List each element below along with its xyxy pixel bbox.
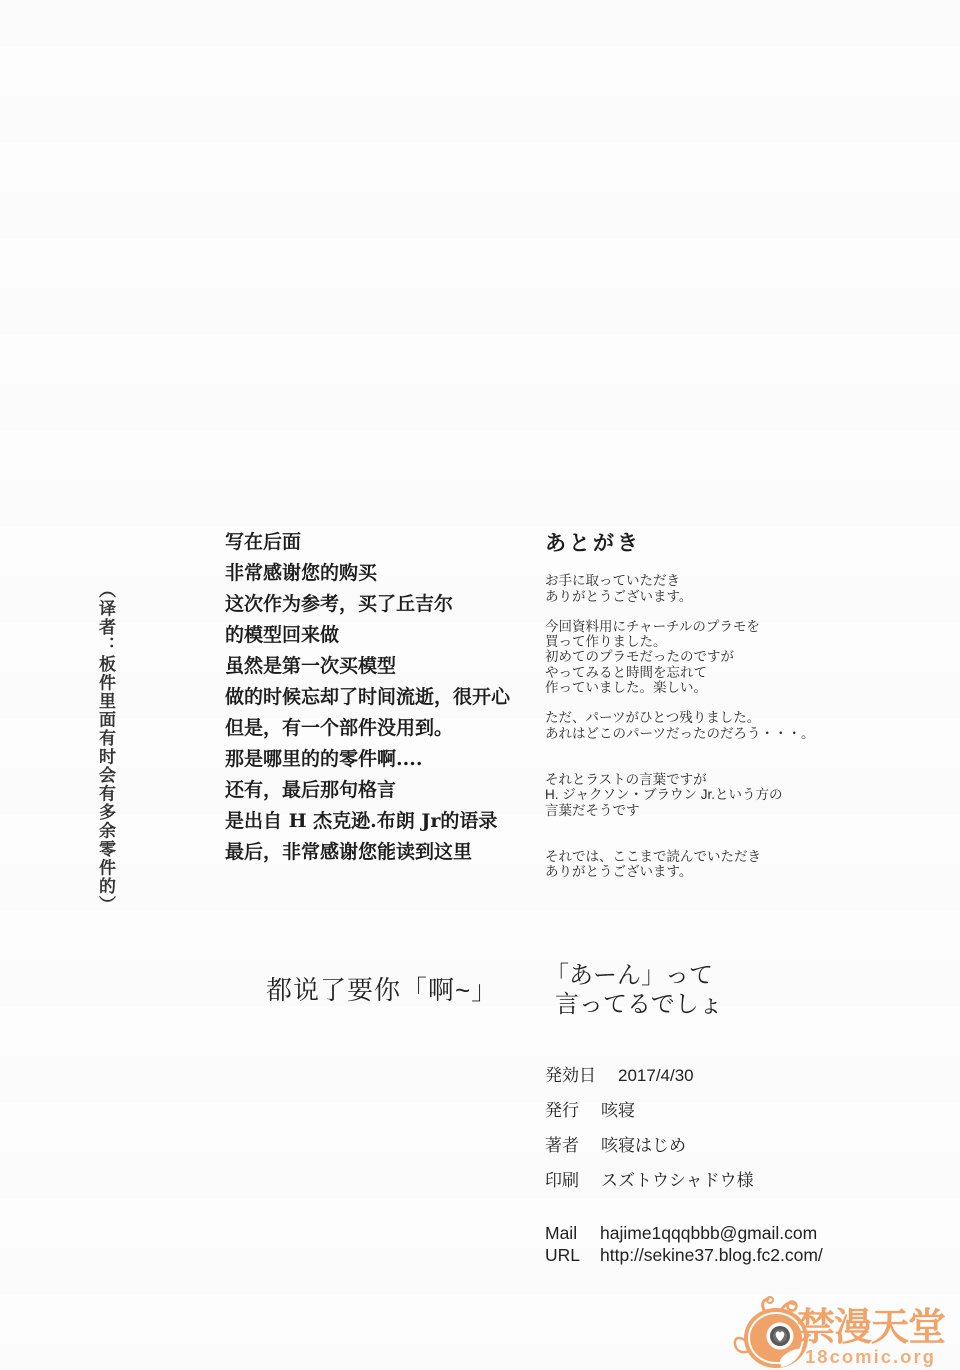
contact-label: URL [545,1244,600,1266]
watermark-site-name: 禁漫天堂 [797,1309,945,1347]
afterword-line: 的模型回来做 [225,620,510,651]
afterword-text-line: それでは、ここまで読んでいただき [545,849,875,864]
contact-url: http://sekine37.blog.fc2.com/ [600,1244,823,1266]
japanese-tagline-line-1: 「あーん」って [545,961,723,990]
japanese-tagline: 「あーん」って 言ってるでしょ [545,961,723,1019]
translator-note-vertical: （译者：板件里面有时会有多余零件的） [93,581,118,914]
afterword-text-line: ありがとうございます。 [545,589,875,604]
watermark-site-url: 18comic.org [805,1348,936,1367]
colophon-row: 著者 咳寝はじめ [545,1128,754,1163]
colophon-label: 発効日 [545,1058,596,1093]
japanese-afterword-column: あとがき お手に取っていただき ありがとうございます。 今回資料用にチャーチルの… [545,536,875,894]
colophon-label: 印刷 [545,1163,579,1198]
afterword-paragraph: それでは、ここまで読んでいただき ありがとうございます。 [545,849,875,880]
afterword-line: 这次作为参考，买了丘吉尔 [225,589,510,620]
afterword-text-line: 初めてのプラモだったのですが [545,649,875,664]
afterword-line: 但是，有一个部件没用到。 [225,713,510,744]
afterword-line: 最后，非常感谢您能读到这里 [225,837,510,868]
afterword-text-line: それとラストの言葉ですが [545,772,875,787]
colophon-value: 咳寝 [601,1093,635,1128]
colophon-value: 咳寝はじめ [601,1128,686,1163]
afterword-text-line: お手に取っていただき [545,573,875,588]
afterword-line: 做的时候忘却了时间流逝，很开心 [225,682,510,713]
afterword-text-line: やってみると時間を忘れて [545,665,875,680]
afterword-line: 那是哪里的的零件啊.... [225,744,510,775]
afterword-text-line: 言葉だそうです [545,803,875,818]
colophon-row: 印刷 スズトウシャドウ様 [545,1163,754,1198]
watermark-logo: 禁漫天堂 18comic.org [731,1296,957,1370]
afterword-paragraph: 今回資料用にチャーチルのプラモを 買って作りました。 初めてのプラモだったのです… [545,619,875,695]
afterword-paragraph: お手に取っていただき ありがとうございます。 [545,573,875,604]
afterword-line: 是出自 H 杰克逊.布朗 Jr的语录 [225,806,510,837]
heart-eye-icon [767,1323,794,1350]
afterword-paragraph: それとラストの言葉ですが H. ジャクソン・ブラウン Jr.という方の 言葉だそ… [545,772,875,818]
afterword-text-line: H. ジャクソン・ブラウン Jr.という方の [545,787,875,802]
colophon-row: 発効日 2017/4/30 [545,1058,754,1093]
contact-row: Mail hajime1qqqbbb@gmail.com [545,1222,823,1244]
chinese-afterword-column: 写在后面 非常感谢您的购买 这次作为参考，买了丘吉尔 的模型回来做 虽然是第一次… [225,527,510,868]
afterword-line: 写在后面 [225,527,510,558]
colophon-label: 著者 [545,1128,579,1163]
colophon-label: 発行 [545,1093,579,1128]
colophon-value: スズトウシャドウ様 [601,1163,754,1198]
afterword-text-line: ただ、パーツがひとつ残りました。 [545,710,875,725]
afterword-line: 还有，最后那句格言 [225,775,510,806]
afterword-line: 非常感谢您的购买 [225,558,510,589]
afterword-text-line: ありがとうございます。 [545,864,875,879]
afterword-text-line: 今回資料用にチャーチルのプラモを [545,619,875,634]
colophon: 発効日 2017/4/30 発行 咳寝 著者 咳寝はじめ 印刷 スズトウシャドウ… [545,1058,754,1198]
afterword-text-line: 買って作りました。 [545,634,875,649]
colophon-row: 発行 咳寝 [545,1093,754,1128]
afterword-text-line: 作っていました。楽しい。 [545,680,875,695]
colophon-value: 2017/4/30 [618,1058,694,1093]
contact-row: URL http://sekine37.blog.fc2.com/ [545,1244,823,1266]
contact-email: hajime1qqqbbb@gmail.com [600,1222,817,1244]
afterword-text-line: あれはどこのパーツだったのだろう・・・。 [545,726,875,741]
chinese-tagline: 都说了要你「啊~」 [266,970,498,1007]
japanese-tagline-line-2: 言ってるでしょ [545,990,723,1019]
afterword-page: （译者：板件里面有时会有多余零件的） 写在后面 非常感谢您的购买 这次作为参考，… [0,0,960,1370]
afterword-heading: あとがき [545,536,875,551]
afterword-paragraph: ただ、パーツがひとつ残りました。 あれはどこのパーツだったのだろう・・・。 [545,710,875,741]
afterword-line: 虽然是第一次买模型 [225,651,510,682]
contact-label: Mail [545,1222,600,1244]
contact-block: Mail hajime1qqqbbb@gmail.com URL http://… [545,1222,823,1266]
